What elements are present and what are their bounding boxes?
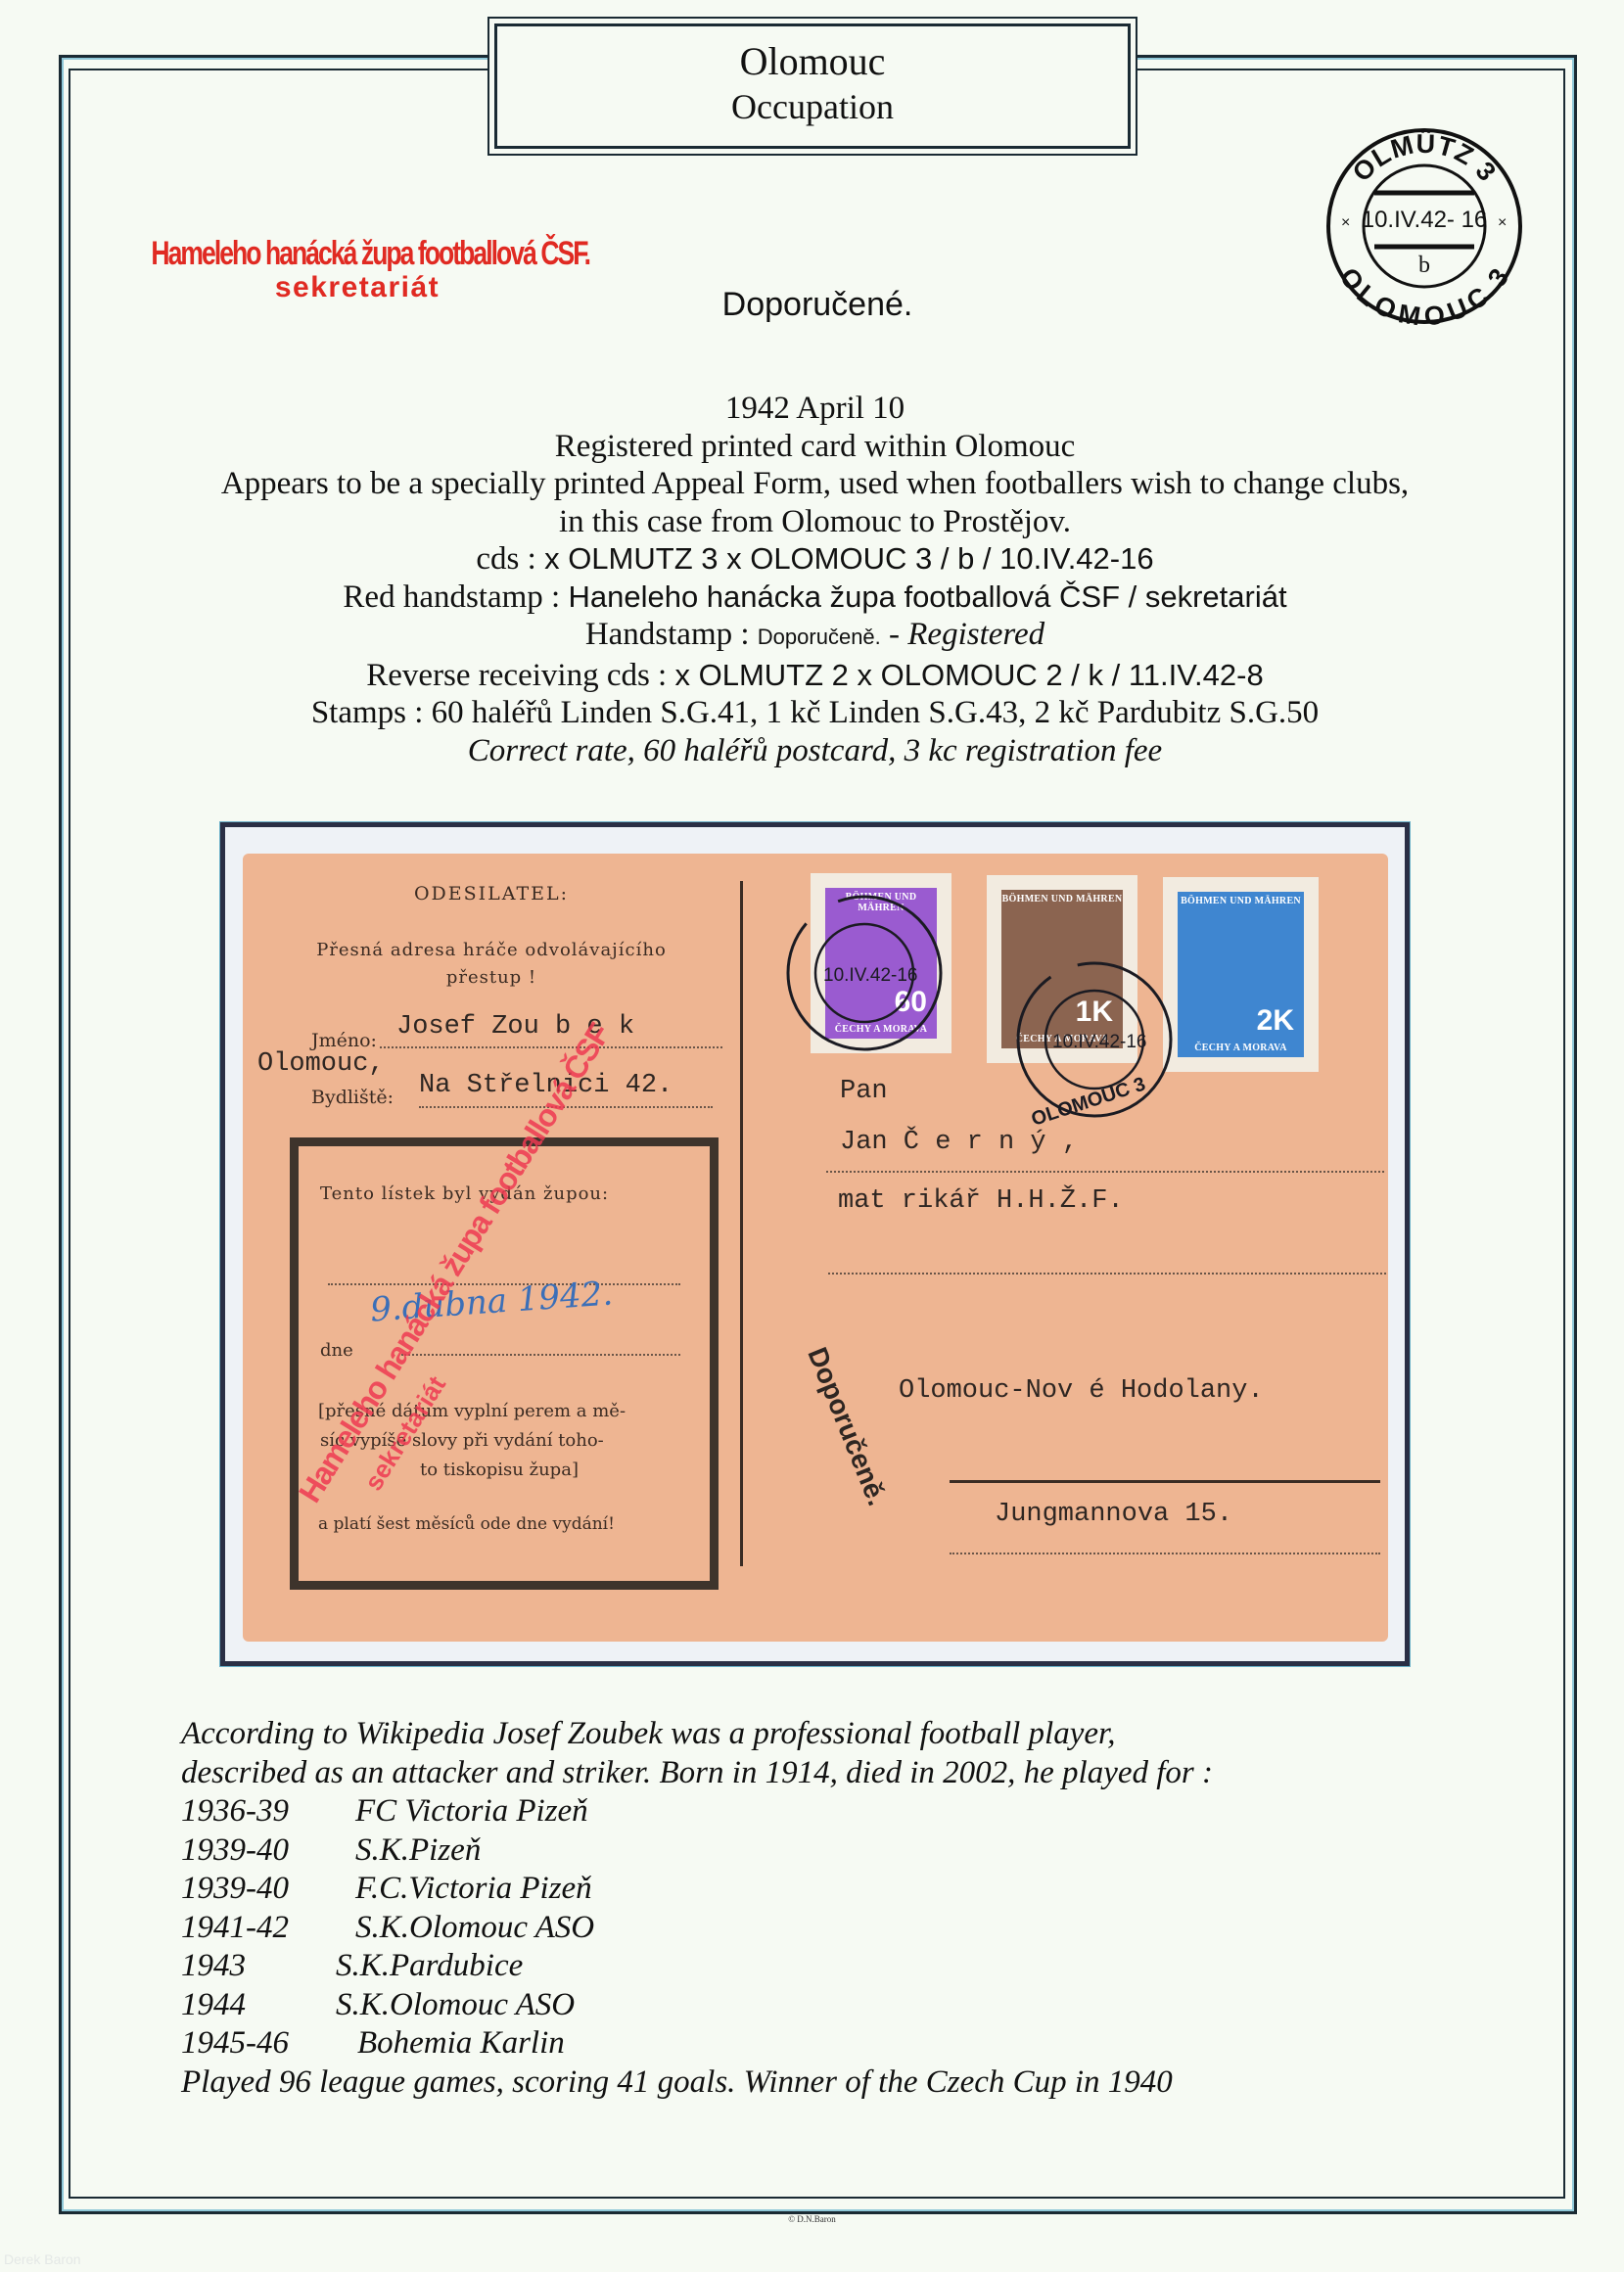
biography: According to Wikipedia Josef Zoubek was … xyxy=(181,1715,1213,2102)
recipient-line-2 xyxy=(828,1273,1386,1275)
sender-instruction-2: přestup ! xyxy=(243,967,740,988)
recipient-name: Jan Č e r n ý , xyxy=(840,1128,1078,1157)
recipient-city: Olomouc-Nov é Hodolany. xyxy=(899,1376,1264,1406)
recipient-title: Pan xyxy=(840,1077,888,1106)
club-entry: 1943S.K.Pardubice xyxy=(181,1947,1213,1986)
description-stamps: Stamps : 60 haléřů Linden S.G.41, 1 kč L… xyxy=(69,694,1561,732)
club-entry: 1941-42S.K.Olomouc ASO xyxy=(181,1909,1213,1948)
issuance-date-dotted-line xyxy=(401,1354,680,1356)
club-entry: 1936-39FC Victoria Pizeň xyxy=(181,1792,1213,1832)
sender-instruction-1: Přesná adresa hráče odvolávajícího xyxy=(243,940,740,960)
postmark-top-text: OLMÜTZ 3 xyxy=(1347,129,1503,188)
description-block: 1942 April 10 Registered printed card wi… xyxy=(69,390,1561,769)
recipient-role: mat rikář H.H.Ž.F. xyxy=(838,1186,1124,1216)
description-date: 1942 April 10 xyxy=(69,390,1561,428)
page-title-box: Olomouc Occupation xyxy=(494,23,1131,149)
description-note-1: Appears to be a specially printed Appeal… xyxy=(69,465,1561,503)
page-subtitle: Occupation xyxy=(497,87,1128,126)
cancel-town: OLOMOUC 3 xyxy=(1029,1073,1148,1130)
name-dotted-line xyxy=(380,1046,722,1048)
club-entry: 1939-40S.K.Pizeň xyxy=(181,1832,1213,1871)
postmark-cross-right: × xyxy=(1498,214,1507,231)
club-entry: 1939-40F.C.Victoria Pizeň xyxy=(181,1870,1213,1909)
svg-text:OLMÜTZ 3: OLMÜTZ 3 xyxy=(1347,129,1503,188)
description-note-2: in this case from Olomouc to Prostějov. xyxy=(69,503,1561,541)
recipient-line-3 xyxy=(950,1553,1380,1554)
recipient-solid-line xyxy=(950,1480,1380,1483)
postcard-divider xyxy=(740,881,743,1566)
copyright: © D.N.Baron xyxy=(0,2214,1624,2224)
address-label: Bydliště: xyxy=(311,1087,394,1108)
description-summary: Registered printed card within Olomouc xyxy=(69,428,1561,466)
watermark: Derek Baron xyxy=(4,2251,81,2267)
cancel-date-1: 10.IV.42-16 xyxy=(823,965,918,986)
name-label: Jméno: xyxy=(311,1030,377,1051)
postmark-illustration: 10.IV.42- 16 b × × OLMÜTZ 3 OLOMOUC 3 xyxy=(1323,125,1525,327)
recipient-line-1 xyxy=(826,1171,1384,1173)
city-value: Olomouc, xyxy=(257,1049,385,1079)
bio-intro-2: described as an attacker and striker. Bo… xyxy=(181,1754,1213,1793)
bio-summary: Played 96 league games, scoring 41 goals… xyxy=(181,2063,1213,2103)
postcard: ODESILATEL: Přesná adresa hráče odvoláva… xyxy=(243,854,1388,1642)
red-handstamp-line2: sekretariát xyxy=(93,271,622,304)
sender-heading: ODESILATEL: xyxy=(243,883,740,904)
issuance-validity: a platí šest měsíců ode dne vydání! xyxy=(318,1514,615,1534)
registered-handstamp-illustration: Doporučené. xyxy=(685,286,950,324)
postmark-date: 10.IV.42- 16 xyxy=(1362,207,1488,233)
issuance-date-label: dne xyxy=(320,1340,353,1361)
club-entry: 1944S.K.Olomouc ASO xyxy=(181,1986,1213,2025)
cancellation-marks: 10.IV.42-16 10.IV.42-16 OLOMOUC 3 xyxy=(766,893,1373,1089)
page-title: Olomouc xyxy=(497,40,1128,83)
description-red-handstamp: Red handstamp : Haneleho hanácka župa fo… xyxy=(69,579,1561,617)
description-cds: cds : x OLMUTZ 3 x OLOMOUC 3 / b / 10.IV… xyxy=(69,540,1561,579)
red-handstamp-illustration: Hameleho hanácká župa footballová ČSF. s… xyxy=(93,235,622,304)
cancel-date-2: 10.IV.42-16 xyxy=(1052,1032,1147,1052)
description-rate: Correct rate, 60 haléřů postcard, 3 kc r… xyxy=(69,732,1561,770)
club-entry: 1945-46Bohemia Karlin xyxy=(181,2024,1213,2063)
postmark-cross-left: × xyxy=(1341,214,1350,231)
recipient-street: Jungmannova 15. xyxy=(995,1500,1232,1529)
description-handstamp: Handstamp : Doporučeně. - Registered xyxy=(69,616,1561,657)
bio-intro-1: According to Wikipedia Josef Zoubek was … xyxy=(181,1715,1213,1754)
postmark-letter: b xyxy=(1418,253,1430,278)
issuance-line: Tento lístek byl vydán župou: xyxy=(320,1183,609,1204)
description-reverse-cds: Reverse receiving cds : x OLMUTZ 2 x OLO… xyxy=(69,657,1561,695)
red-handstamp-line1: Hameleho hanácká župa footballová ČSF. xyxy=(151,235,563,273)
registered-vertical-handstamp: Doporučeně. xyxy=(801,1343,893,1510)
